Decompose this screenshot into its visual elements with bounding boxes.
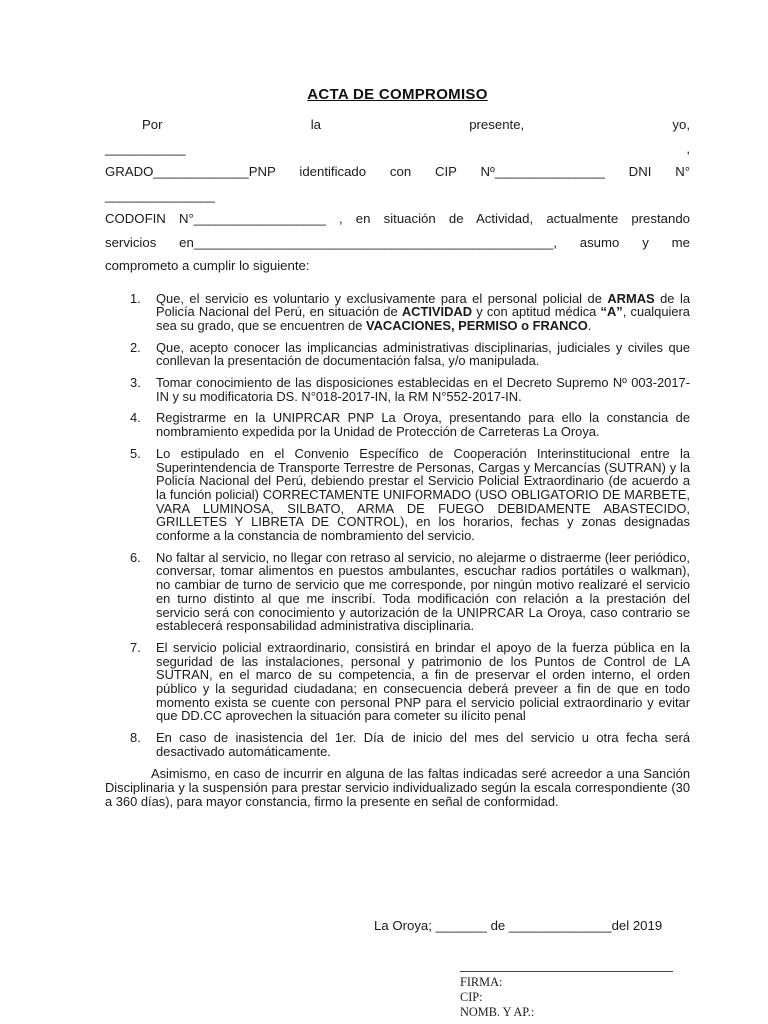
item-text: No faltar al servicio, no llegar con ret…: [156, 551, 690, 633]
list-item: 8.En caso de inasistencia del 1er. Día d…: [130, 731, 690, 758]
date-line: La Oroya; _______ de ______________del 2…: [374, 918, 662, 933]
intro-line: ___________ ,: [105, 137, 690, 161]
item-text: Registrarme en la UNIPRCAR PNP La Oroya,…: [156, 411, 690, 438]
item-text: En caso de inasistencia del 1er. Día de …: [156, 731, 690, 758]
item-number: 3.: [130, 376, 156, 403]
item-number: 1.: [130, 292, 156, 333]
intro-line: servicios en____________________________…: [105, 231, 690, 255]
list-item: 4.Registrarme en la UNIPRCAR PNP La Oroy…: [130, 411, 690, 438]
item-number: 2.: [130, 341, 156, 368]
document-page: ACTA DE COMPROMISO Por la presente, yo,_…: [0, 0, 768, 1024]
intro-line: GRADO_____________PNP identificado con C…: [105, 160, 690, 184]
signature-label-nombre: NOMB. Y AP.:: [460, 1005, 673, 1020]
commitment-list: 1.Que, el servicio es voluntario y exclu…: [105, 292, 690, 759]
item-number: 6.: [130, 551, 156, 633]
signature-label-cip: CIP:: [460, 990, 673, 1005]
list-item: 2.Que, acepto conocer las implicancias a…: [130, 341, 690, 368]
page-title: ACTA DE COMPROMISO: [105, 86, 690, 103]
item-number: 7.: [130, 641, 156, 723]
intro-paragraph: Por la presente, yo,___________ ,GRADO__…: [105, 113, 690, 278]
intro-line: CODOFIN N°__________________ , en situac…: [105, 207, 690, 231]
list-item: 6.No faltar al servicio, no llegar con r…: [130, 551, 690, 633]
item-text: El servicio policial extraordinario, con…: [156, 641, 690, 723]
item-text: Que, el servicio es voluntario y exclusi…: [156, 292, 690, 333]
list-item: 7.El servicio policial extraordinario, c…: [130, 641, 690, 723]
signature-line: [460, 971, 673, 972]
item-text: Tomar conocimiento de las disposiciones …: [156, 376, 690, 403]
list-item: 1.Que, el servicio es voluntario y exclu…: [130, 292, 690, 333]
item-number: 4.: [130, 411, 156, 438]
list-item: 3.Tomar conocimiento de las disposicione…: [130, 376, 690, 403]
intro-line: Por la presente, yo,: [105, 113, 690, 137]
item-number: 5.: [130, 447, 156, 543]
list-item: 5.Lo estipulado en el Convenio Específic…: [130, 447, 690, 543]
intro-line: comprometo a cumplir lo siguiente:: [105, 254, 690, 278]
item-number: 8.: [130, 731, 156, 758]
closing-paragraph: Asimismo, en caso de incurrir en alguna …: [105, 767, 690, 810]
intro-line: _______________: [105, 184, 690, 208]
signature-label-firma: FIRMA:: [460, 975, 673, 990]
signature-block: FIRMA: CIP: NOMB. Y AP.:: [460, 971, 673, 1020]
item-text: Que, acepto conocer las implicancias adm…: [156, 341, 690, 368]
item-text: Lo estipulado en el Convenio Específico …: [156, 447, 690, 543]
